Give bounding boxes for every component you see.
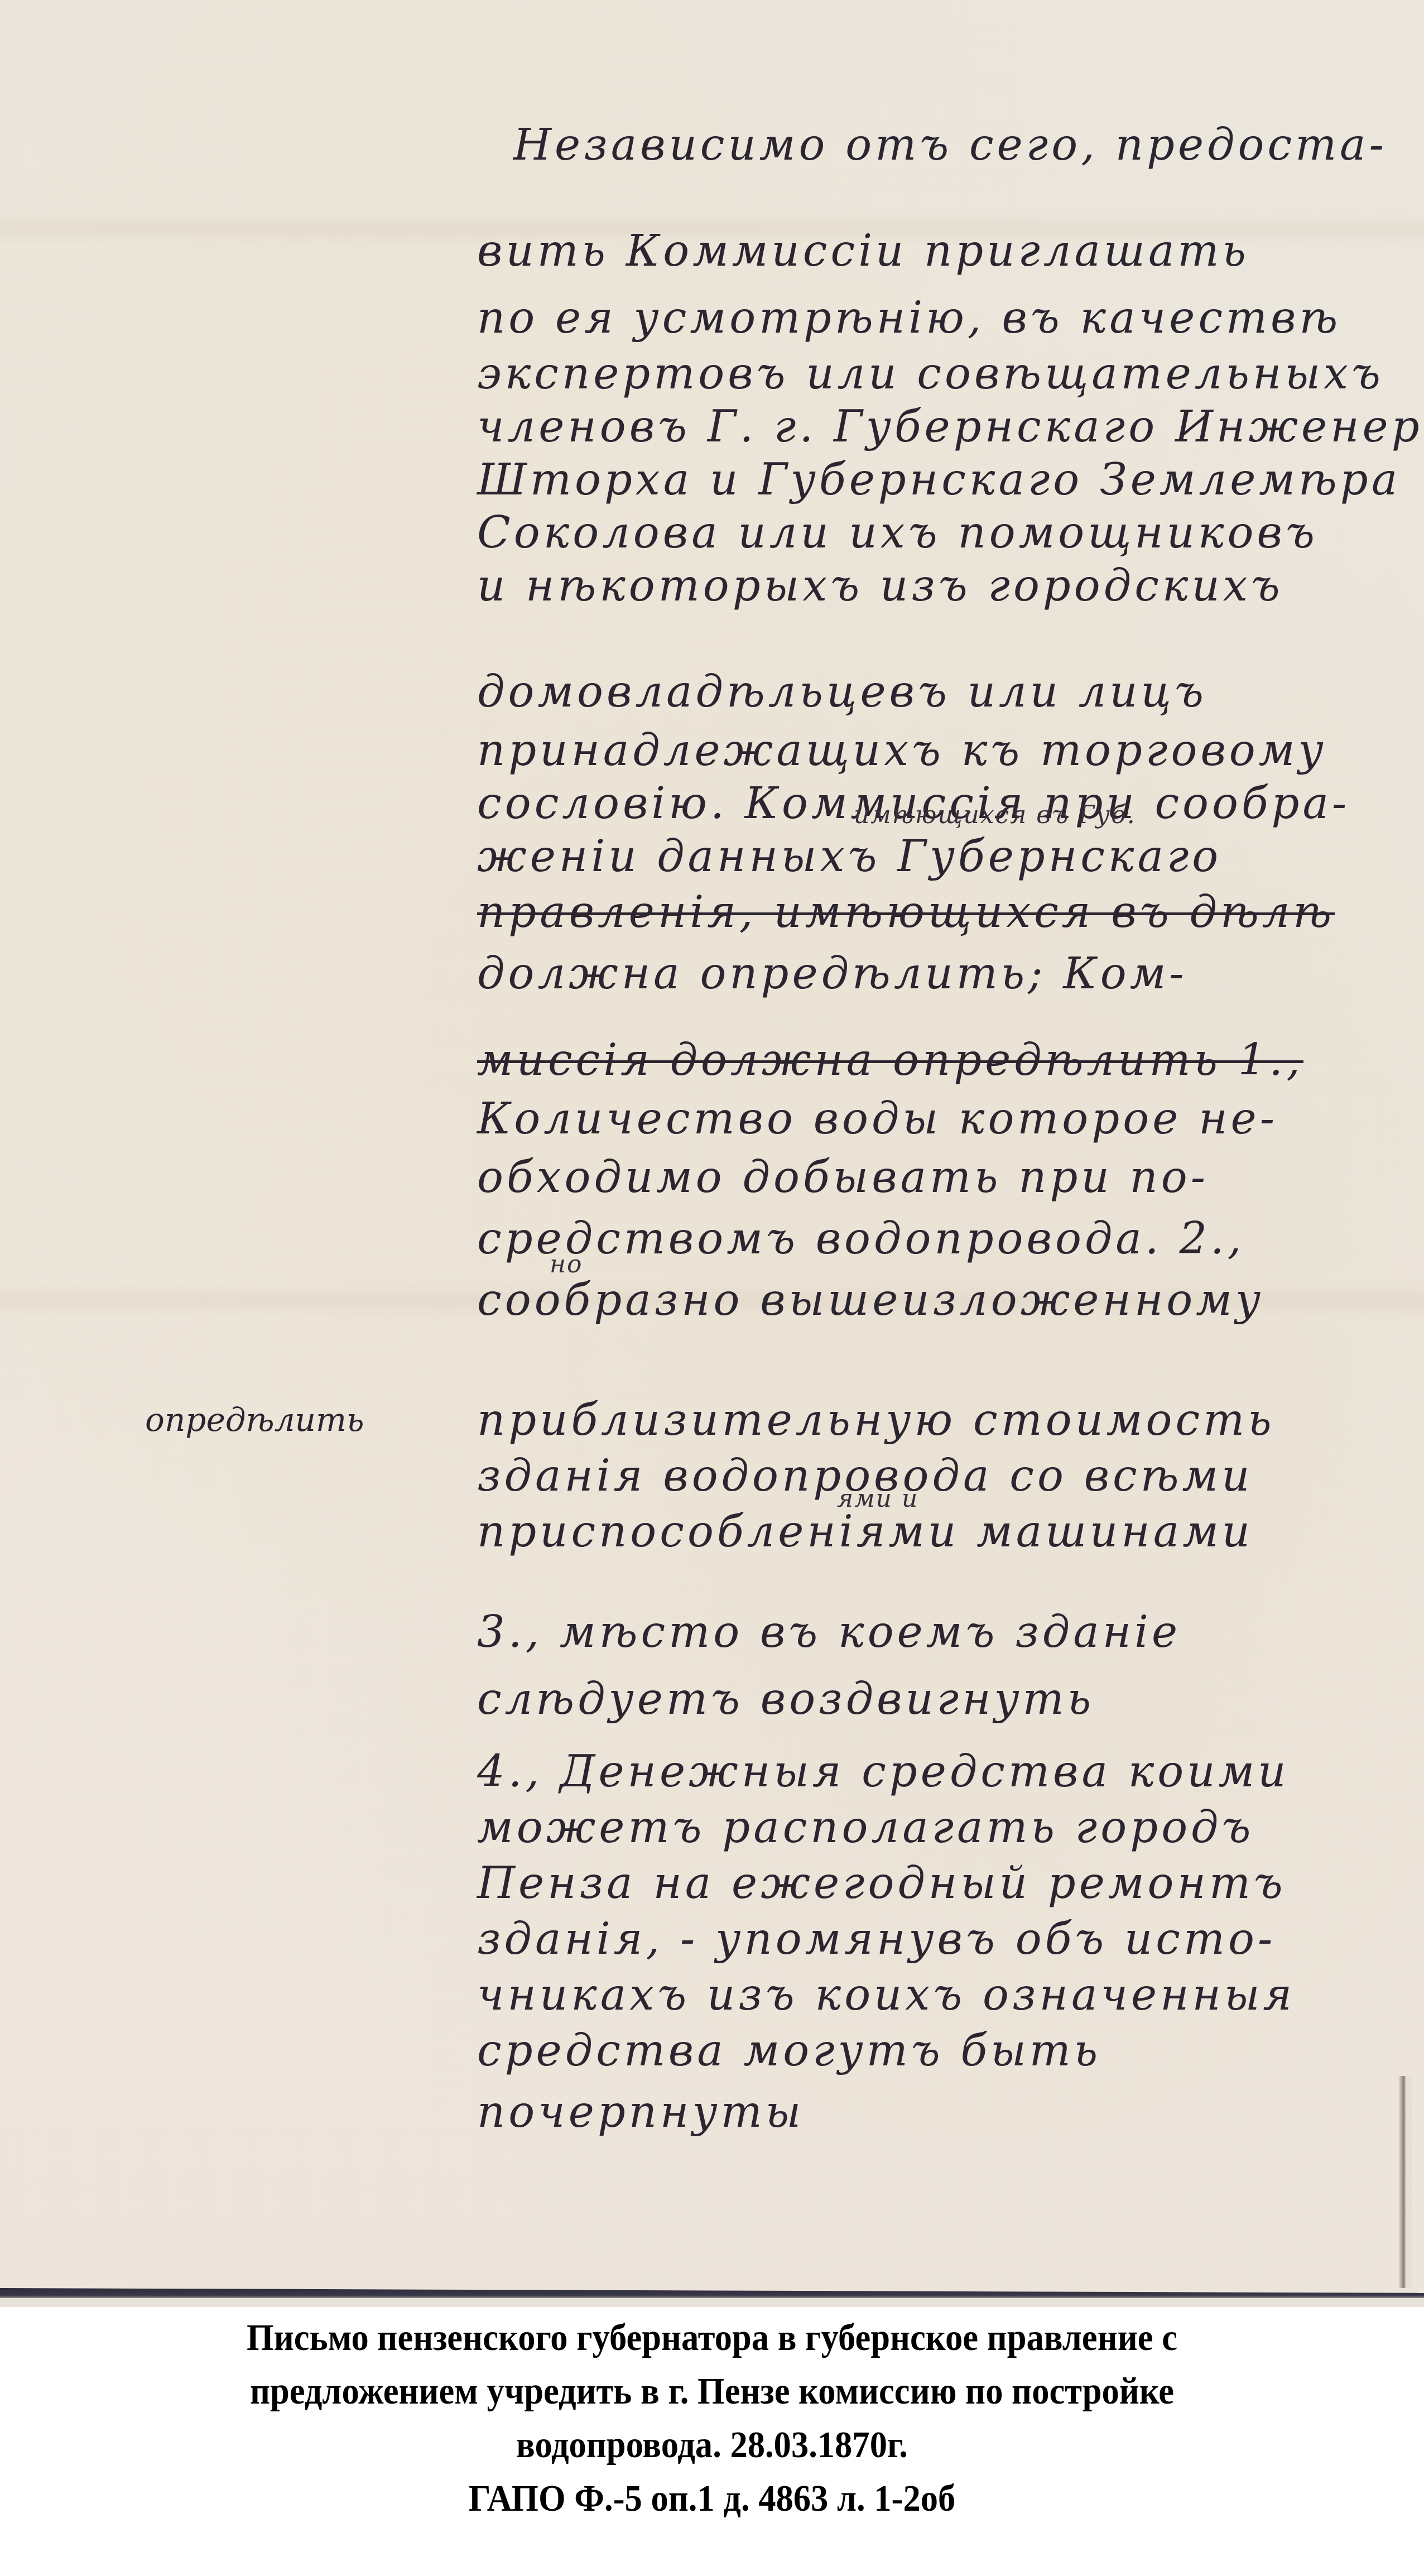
handwritten-line: сообразно вышеизложенному [477, 1275, 1264, 1325]
handwritten-line: можетъ располагать городъ [477, 1803, 1254, 1853]
handwritten-line: чникахъ изъ коихъ означенныя [477, 1970, 1295, 2020]
underlying-sheet-strip [0, 2298, 1424, 2307]
struck-line: миссiя должна опредѣлить 1., [477, 1035, 1303, 1085]
handwritten-line: Соколова или ихъ помощниковъ [477, 508, 1318, 558]
handwritten-line: членовъ Г. г. Губернскаго Инженера [477, 402, 1424, 452]
struck-line: правленiя, имѣющихся въ дѣлѣ [477, 887, 1335, 938]
handwritten-line: домовладѣльцевъ или лицъ [477, 667, 1207, 717]
margin-note: опредѣлить [145, 1401, 364, 1439]
handwritten-line: Пенза на ежегодный ремонтъ [477, 1858, 1286, 1909]
document-caption: Письмо пензенского губернатора в губернс… [0, 2310, 1424, 2525]
handwritten-line: Шторха и Губернскаго Землемѣра [477, 455, 1401, 505]
handwritten-line: обходимо добывать при по- [477, 1152, 1209, 1203]
handwritten-line: зданiя, - упомянувъ объ исто- [477, 1914, 1276, 1964]
handwritten-line: средства могутъ быть [477, 2026, 1101, 2076]
handwritten-line: средствомъ водопровода. 2., [477, 1214, 1245, 1264]
handwritten-line: 3., мѣсто въ коемъ зданiе [477, 1607, 1181, 1657]
handwritten-line: Независимо отъ сего, предоста- [513, 120, 1387, 170]
handwritten-line: Количество воды которое не- [477, 1094, 1278, 1144]
handwritten-line: экспертовъ или совѣщательныхъ [477, 349, 1384, 399]
handwritten-line: должна опредѣлить; Ком- [477, 949, 1187, 999]
caption-archive-reference: ГАПО Ф.-5 оп.1 д. 4863 л. 1-2об [57, 2471, 1367, 2525]
caption-title-line-1: Письмо пензенского губернатора в губернс… [57, 2310, 1367, 2364]
handwritten-line: приспособленiями машинами [477, 1507, 1253, 1557]
handwritten-line: женiи данныхъ Губернскаго [477, 832, 1221, 882]
caption-title-line-2: предложением учредить в г. Пензе комисси… [57, 2364, 1367, 2418]
handwritten-line: слѣдуетъ воздвигнуть [477, 1674, 1094, 1724]
handwritten-line: 4., Денежныя средства коими [477, 1747, 1289, 1797]
caption-title-line-3: водопровода. 28.03.1870г. [57, 2418, 1367, 2471]
manuscript-page: Независимо отъ сего, предоста- вить Комм… [0, 0, 1424, 2302]
handwritten-line: приблизительную стоимость [477, 1395, 1275, 1445]
handwritten-line: вить Коммиссiи приглашать [477, 226, 1249, 276]
handwritten-line: и нѣкоторыхъ изъ городскихъ [477, 561, 1283, 611]
handwritten-line: по ея усмотрѣнiю, въ качествѣ [477, 293, 1341, 343]
interlinear-insertion: имѣющихся въ Губ. [854, 801, 1136, 829]
interlinear-insertion: но [550, 1250, 583, 1279]
torn-paper-edge [1398, 2076, 1412, 2288]
handwritten-line: почерпнуты [477, 2087, 804, 2137]
handwritten-line: принадлежащихъ къ торговому [477, 725, 1327, 776]
